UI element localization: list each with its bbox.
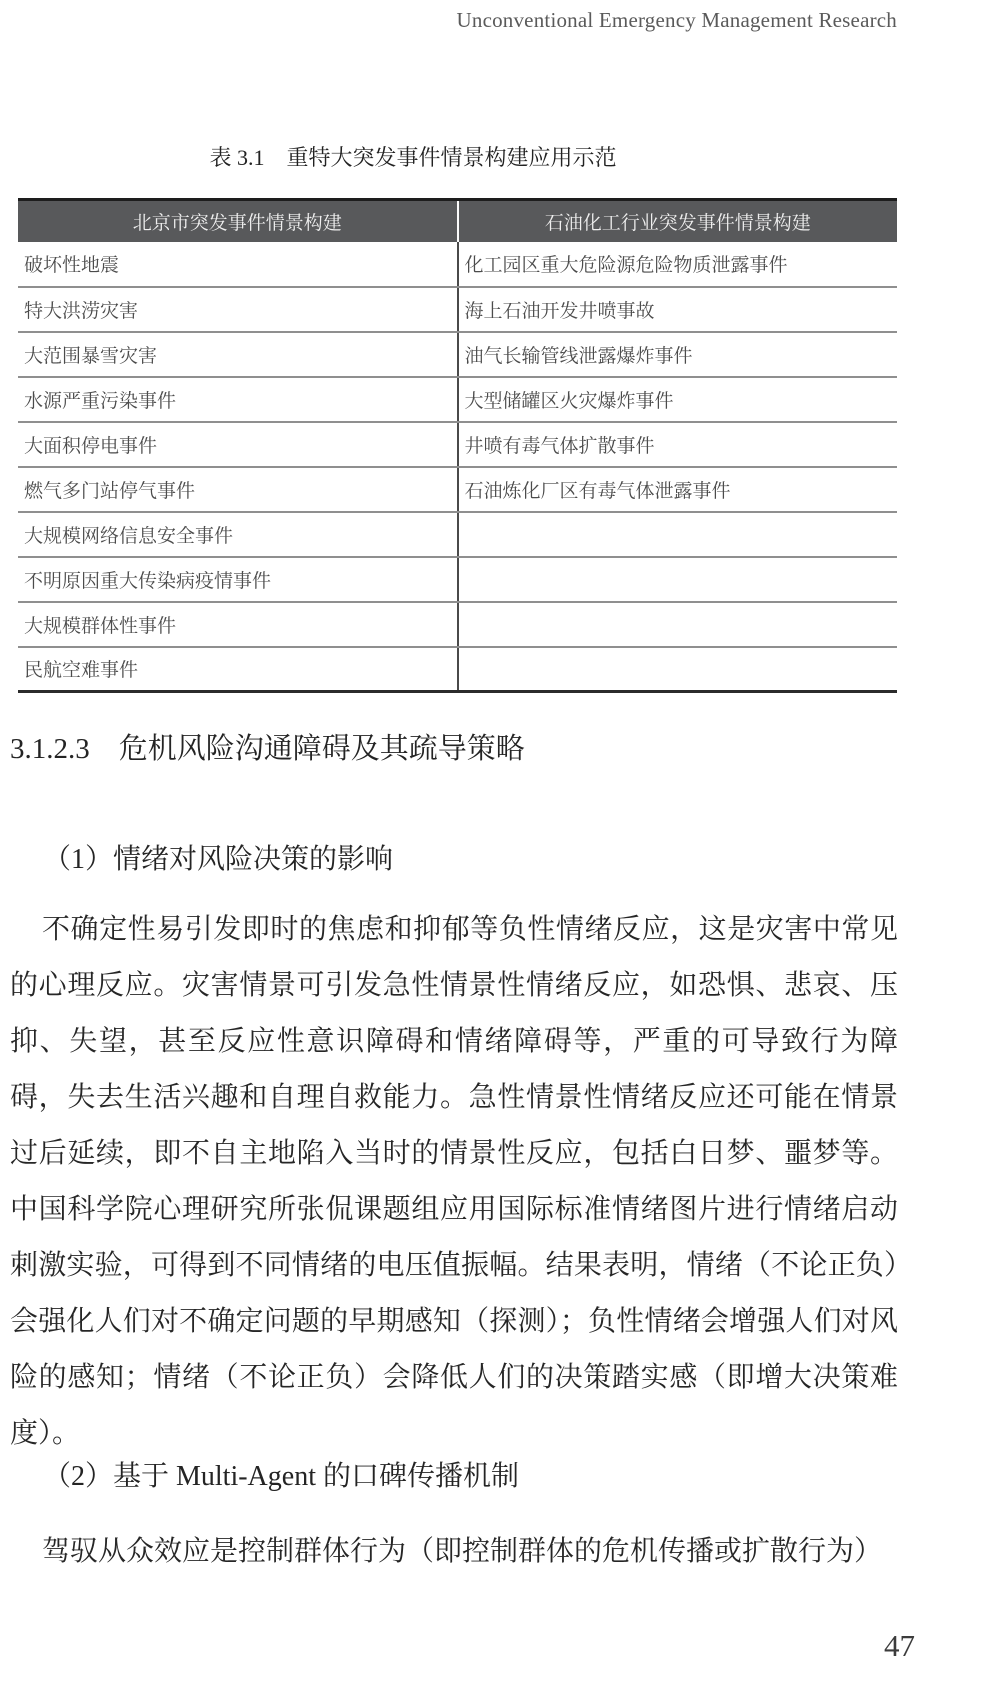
table-cell: 海上石油开发井喷事故 [458,287,898,332]
table-row: 不明原因重大传染病疫情事件 [18,557,897,602]
body-paragraph-1: 不确定性易引发即时的焦虑和抑郁等负性情绪反应，这是灾害中常见的心理反应。灾害情景… [10,902,898,1462]
scenario-table: 北京市突发事件情景构建 石油化工行业突发事件情景构建 破坏性地震化工园区重大危险… [18,198,897,693]
table-cell: 石油炼化厂区有毒气体泄露事件 [458,467,898,512]
table-cell: 大型储罐区火灾爆炸事件 [458,377,898,422]
document-page: Unconventional Emergency Management Rese… [0,0,989,1689]
table-cell [458,512,898,557]
table-cell: 水源严重污染事件 [18,377,458,422]
table-row: 大面积停电事件井喷有毒气体扩散事件 [18,422,897,467]
table-header-row: 北京市突发事件情景构建 石油化工行业突发事件情景构建 [18,200,897,242]
table-row: 燃气多门站停气事件石油炼化厂区有毒气体泄露事件 [18,467,897,512]
table-cell: 大规模群体性事件 [18,602,458,647]
table-row: 民航空难事件 [18,647,897,692]
table-row: 水源严重污染事件大型储罐区火灾爆炸事件 [18,377,897,422]
sub-heading-2: （2）基于 Multi-Agent 的口碑传播机制 [43,1454,519,1494]
table-cell: 井喷有毒气体扩散事件 [458,422,898,467]
table-cell: 化工园区重大危险源危险物质泄露事件 [458,242,898,287]
table-cell: 民航空难事件 [18,647,458,692]
col-header-petrochemical: 石油化工行业突发事件情景构建 [458,200,898,242]
page-number: 47 [884,1628,915,1664]
running-head: Unconventional Emergency Management Rese… [457,8,898,33]
sub-heading-1: （1）情绪对风险决策的影响 [43,837,393,877]
table-cell [458,647,898,692]
table-row: 特大洪涝灾害海上石油开发井喷事故 [18,287,897,332]
col-header-beijing: 北京市突发事件情景构建 [18,200,458,242]
table-cell [458,557,898,602]
body-paragraph-2: 驾驭从众效应是控制群体行为（即控制群体的危机传播或扩散行为） [10,1524,898,1580]
table-row: 大规模网络信息安全事件 [18,512,897,557]
table-cell: 大面积停电事件 [18,422,458,467]
table-cell: 破坏性地震 [18,242,458,287]
table-cell: 特大洪涝灾害 [18,287,458,332]
section-heading: 3.1.2.3 危机风险沟通障碍及其疏导策略 [10,726,525,767]
table-cell [458,602,898,647]
table-row: 破坏性地震化工园区重大危险源危险物质泄露事件 [18,242,897,287]
table-cell: 大规模网络信息安全事件 [18,512,458,557]
table-row: 大规模群体性事件 [18,602,897,647]
table-cell: 大范围暴雪灾害 [18,332,458,377]
table-cell: 油气长输管线泄露爆炸事件 [458,332,898,377]
table-row: 大范围暴雪灾害油气长输管线泄露爆炸事件 [18,332,897,377]
table-cell: 燃气多门站停气事件 [18,467,458,512]
table-body: 破坏性地震化工园区重大危险源危险物质泄露事件特大洪涝灾害海上石油开发井喷事故大范… [18,242,897,692]
table-caption: 表 3.1 重特大突发事件情景构建应用示范 [18,141,808,172]
table-cell: 不明原因重大传染病疫情事件 [18,557,458,602]
